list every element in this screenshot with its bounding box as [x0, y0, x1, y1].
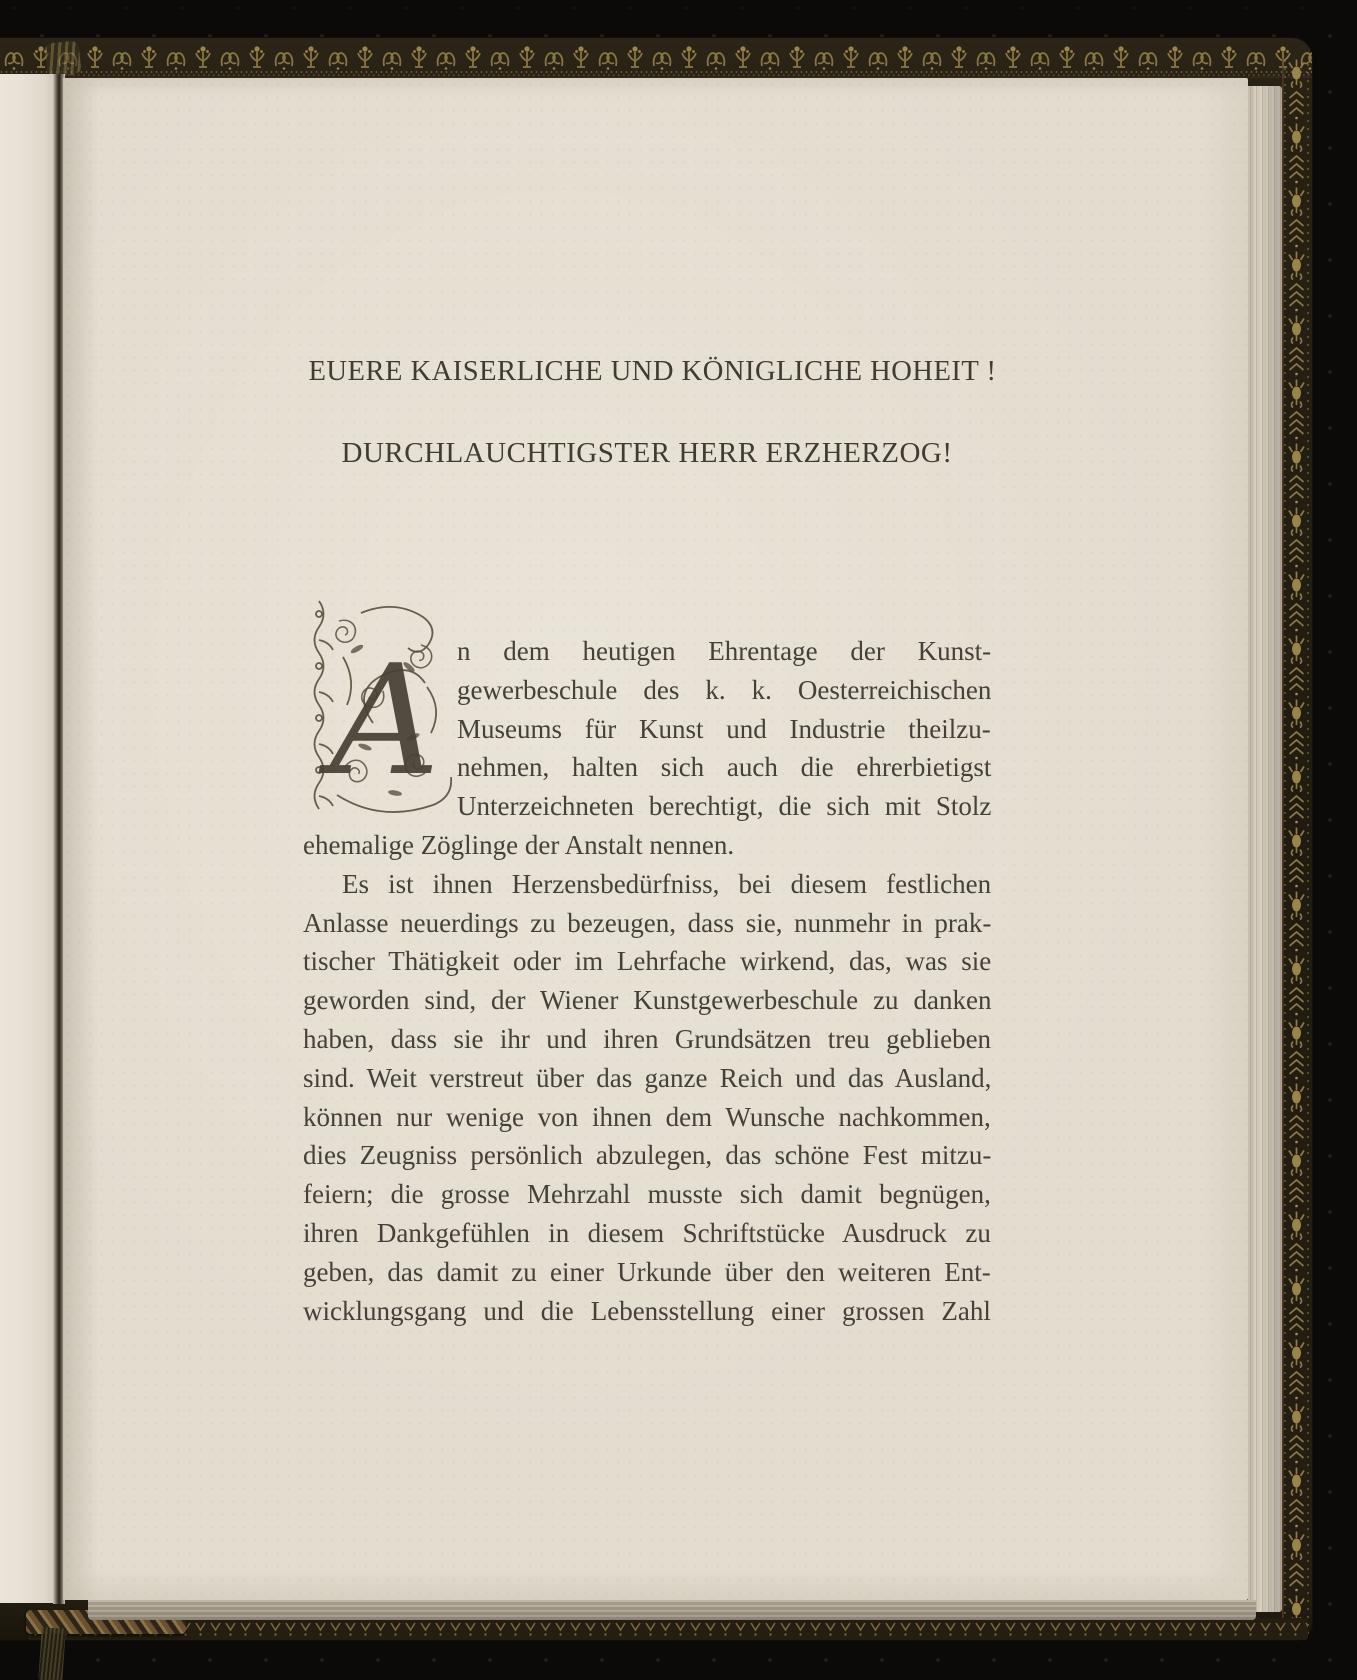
spine-headcap-cord	[44, 40, 81, 77]
gold-top-border-ornament	[0, 40, 1312, 78]
text-line: Es ist ihnen Herzensbedürfniss, bei dies…	[303, 865, 991, 904]
second-paragraph: Es ist ihnen Herzensbedürfniss, bei dies…	[303, 865, 991, 1331]
text-line: Unterzeichneten berechtigt, die sich mit…	[457, 787, 991, 826]
page-stack-edge-right	[1248, 86, 1282, 1612]
opening-paragraph: n dem heutigen Ehrentage der Kunst-gewer…	[303, 632, 991, 865]
text-line: ihren Dankgefühlen in diesem Schriftstüc…	[303, 1214, 991, 1253]
text-line: können nur wenige von ihnen dem Wunsche …	[303, 1098, 991, 1137]
salutation-heading-1: EUERE KAISERLICHE UND KÖNIGLICHE HOHEIT …	[303, 354, 991, 388]
photographed-book-scene: EUERE KAISERLICHE UND KÖNIGLICHE HOHEIT …	[0, 0, 1357, 1680]
text-line: Museums für Kunst und Industrie theilzu-	[457, 710, 991, 749]
text-line: feiern; die grosse Mehrzahl musste sich …	[303, 1175, 991, 1214]
text-line: wicklungsgang und die Lebensstellung ein…	[303, 1292, 991, 1331]
text-line: haben, dass sie ihr und ihren Grundsätze…	[303, 1020, 991, 1059]
text-line: geworden sind, der Wiener Kunstgewerbesc…	[303, 981, 991, 1020]
text-line: geben, das damit zu einer Urkunde über d…	[303, 1253, 991, 1292]
text-line: tischer Thätigkeit oder im Lehrfache wir…	[303, 942, 991, 981]
text-line: nehmen, halten sich auch die ehrerbietig…	[457, 748, 991, 787]
text-line: n dem heutigen Ehrentage der Kunst-	[457, 632, 991, 671]
text-line: dies Zeugniss persönlich abzulegen, das …	[303, 1136, 991, 1175]
salutation-heading-2: DURCHLAUCHTIGSTER HERR ERZHERZOG!	[303, 436, 991, 470]
text-line: Anlasse neuerdings zu bezeugen, dass sie…	[303, 904, 991, 943]
lines-beside-initial: n dem heutigen Ehrentage der Kunst-gewer…	[303, 632, 991, 826]
text-line: gewerbeschule des k. k. Oesterreichische…	[457, 671, 991, 710]
letter-body-text: n dem heutigen Ehrentage der Kunst-gewer…	[303, 632, 991, 1330]
gold-right-border-ornament	[1282, 58, 1311, 1638]
bookmark-tassel	[38, 1627, 66, 1680]
paragraph-closing-line: ehemalige Zöglinge der Anstalt nennen.	[303, 826, 991, 865]
gold-bottom-border-ornament	[28, 1618, 1308, 1640]
text-line: sind. Weit verstreut über das ganze Reic…	[303, 1059, 991, 1098]
page-stack-edge-bottom	[88, 1600, 1256, 1620]
facing-page-edge	[0, 74, 57, 1603]
